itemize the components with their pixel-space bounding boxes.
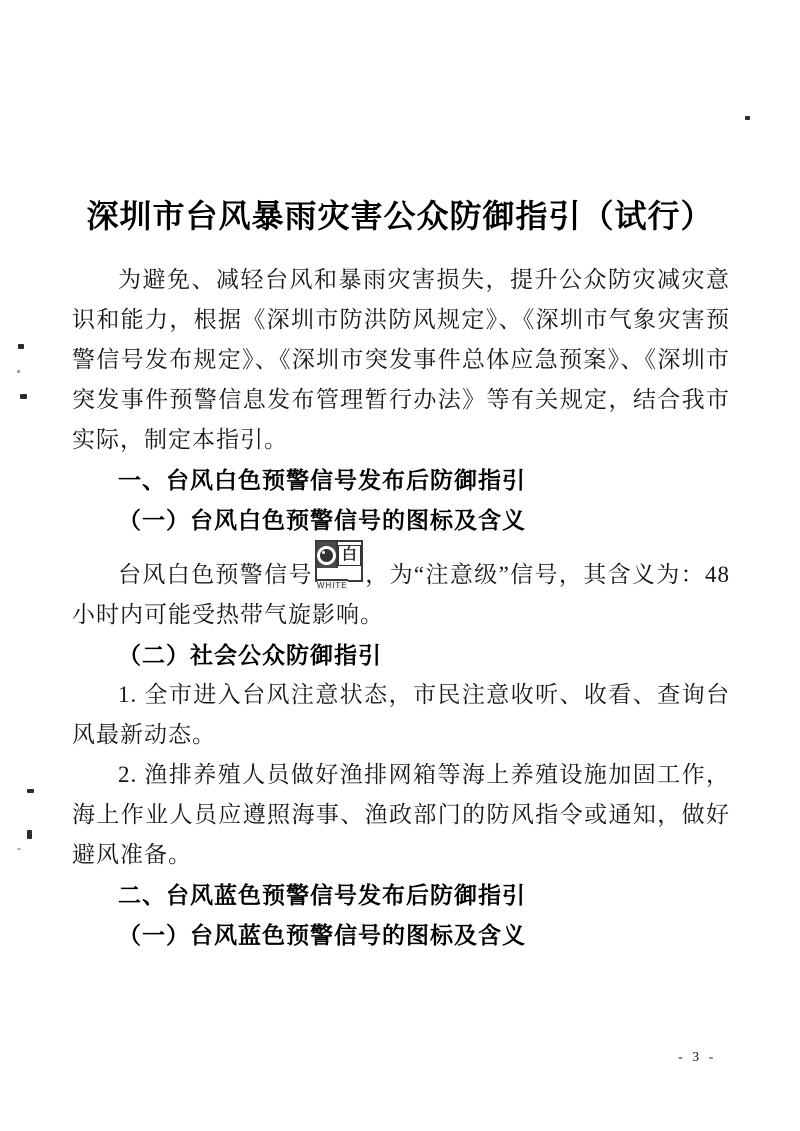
scan-speck	[17, 370, 20, 373]
heading-section-white: 一、台风白色预警信号发布后防御指引	[72, 460, 730, 500]
typhoon-white-signal-icon: 白WHITE	[315, 540, 363, 582]
signal-char-label: 白	[338, 545, 361, 566]
signal-caption-label: WHITE	[317, 579, 348, 590]
scan-speck	[745, 116, 750, 120]
heading-section-blue: 二、台风蓝色预警信号发布后防御指引	[72, 875, 730, 915]
subheading-white-icon-meaning: （一）台风白色预警信号的图标及含义	[72, 500, 730, 540]
document-page: 深圳市台风暴雨灾害公众防御指引（试行） 为避免、减轻台风和暴雨灾害损失，提升公众…	[0, 0, 800, 1131]
paragraph-white-signal: 台风白色预警信号白WHITE，为“注意级”信号，其含义为：48 小时内可能受热带…	[72, 540, 730, 635]
scan-speck	[27, 830, 32, 839]
document-title: 深圳市台风暴雨灾害公众防御指引（试行）	[0, 191, 800, 237]
scan-speck	[17, 848, 21, 850]
paragraph-item-2: 2. 渔排养殖人员做好渔排网箱等海上养殖设施加固工作，海上作业人员应遵照海事、渔…	[72, 755, 730, 875]
subheading-public-guidance: （二）社会公众防御指引	[72, 635, 730, 675]
signal-icon-top-row: 白	[317, 542, 361, 568]
typhoon-spiral-icon	[317, 542, 338, 568]
signal-char-cell: 白	[338, 542, 361, 568]
scan-speck	[27, 789, 34, 793]
scan-speck	[18, 344, 24, 349]
paragraph-item-1: 1. 全市进入台风注意状态，市民注意收听、收看、查询台风最新动态。	[72, 675, 730, 755]
typhoon-ring-glyph	[317, 546, 336, 565]
white-signal-text-pre: 台风白色预警信号	[118, 562, 313, 587]
subheading-blue-icon-meaning: （一）台风蓝色预警信号的图标及含义	[72, 915, 730, 955]
page-number: - 3 -	[678, 1050, 716, 1066]
scan-speck	[20, 394, 27, 399]
document-body: 为避免、减轻台风和暴雨灾害损失，提升公众防灾减灾意识和能力，根据《深圳市防洪防风…	[72, 260, 730, 955]
paragraph-intro: 为避免、减轻台风和暴雨灾害损失，提升公众防灾减灾意识和能力，根据《深圳市防洪防风…	[72, 260, 730, 460]
